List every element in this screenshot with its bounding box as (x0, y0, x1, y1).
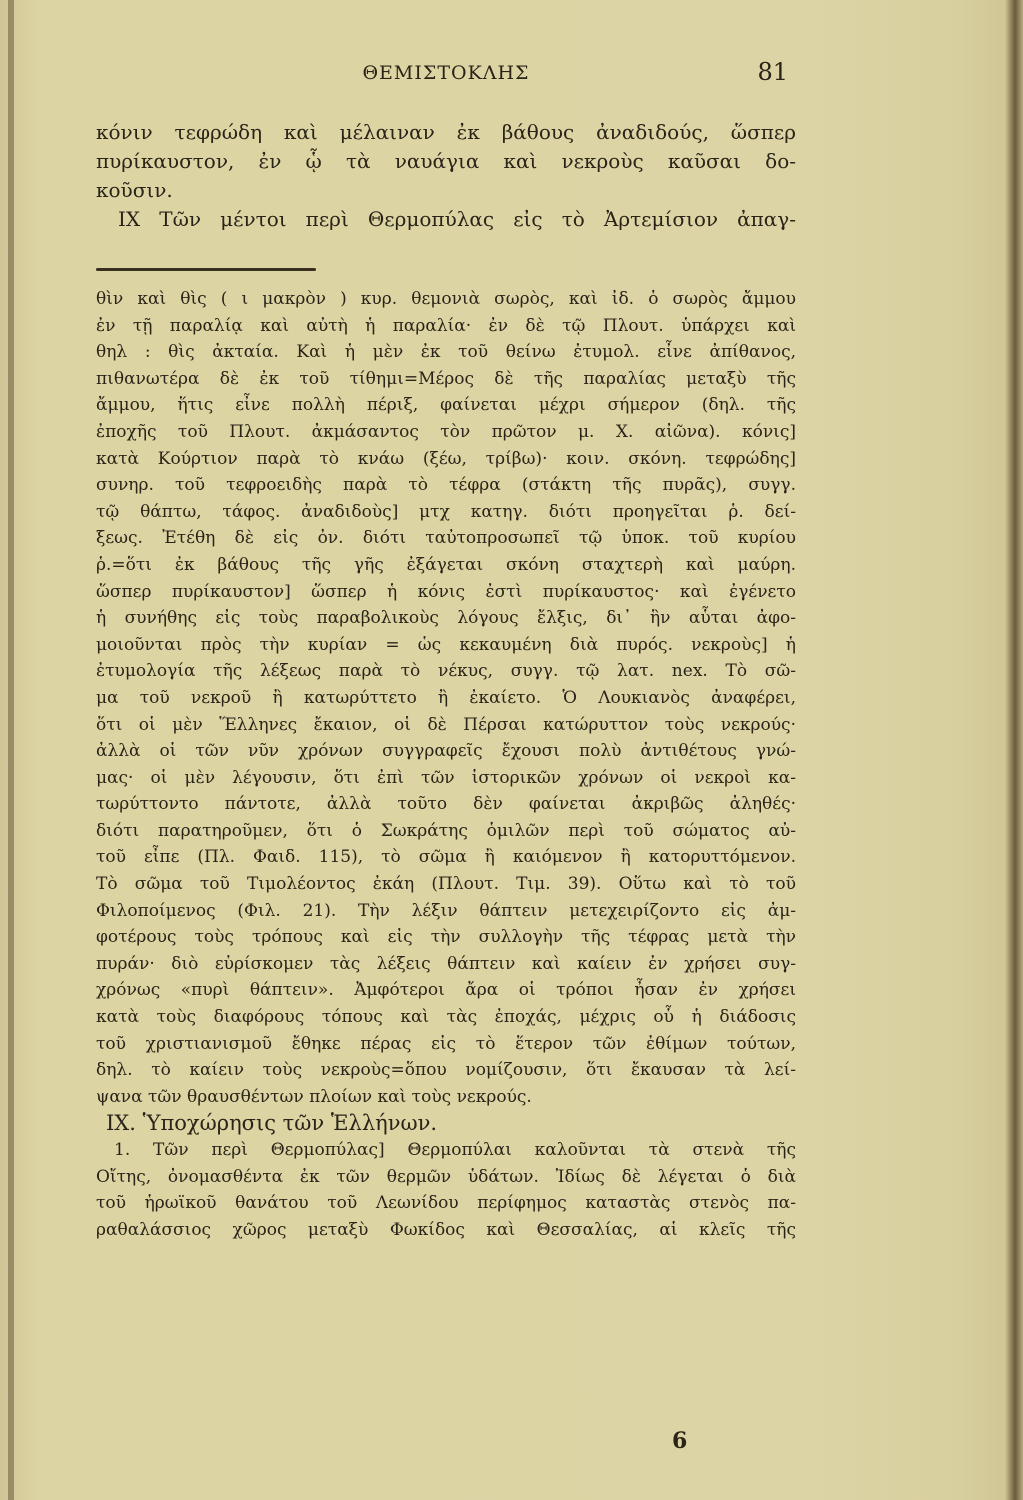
note-line: τωρύττοντο πάντοτε, ἀλλὰ τοῦτο δὲν φαίνε… (96, 791, 796, 818)
page-binding-edge (8, 0, 14, 1500)
note-line: δηλ. τὸ καίειν τοὺς νεκροὺς=ὅπου νομίζου… (96, 1057, 796, 1084)
note-line: πιθανωτέρα δὲ ἐκ τοῦ τίθημι=Μέρος δὲ τῆς… (96, 366, 796, 393)
note-line: μοιοῦνται πρὸς τὴν κυρίαν = ὡς κεκαυμένη… (96, 632, 796, 659)
commentary-notes: θὶν καὶ θὶς ( ι μακρὸν ) κυρ. θεμονιὰ σω… (96, 286, 796, 1243)
note-line: ραθαλάσσιος χῶρος μεταξὺ Φωκίδος καὶ Θεσ… (96, 1217, 796, 1244)
note-line: πυράν· διὸ εὑρίσκομεν τὰς λέξεις θάπτειν… (96, 951, 796, 978)
note-line: Οἴτης, ὀνομασθέντα ἐκ τῶν θερμῶν ὑδάτων.… (96, 1164, 796, 1191)
section-heading: IX. Ὑποχώρησις τῶν Ἑλλήνων. (96, 1110, 796, 1137)
note-line: ψανα τῶν θραυσθέντων πλοίων καὶ τοὺς νεκ… (96, 1084, 796, 1111)
scanned-page: ΘΕΜΙΣΤΟΚΛΗΣ 81 κόνιν τεφρώδη καὶ μέλαινα… (0, 0, 1023, 1500)
note-line: τοῦ χριστιανισμοῦ ἔθηκε πέρας εἰς τὸ ἕτε… (96, 1031, 796, 1058)
note-line: ἐν τῇ παραλίᾳ καὶ αὐτὴ ἡ παραλία· ἐν δὲ … (96, 313, 796, 340)
note-line: κατὰ Κούρτιον παρὰ τὸ κνάω (ξέω, τρίβω)·… (96, 446, 796, 473)
text-line: πυρίκαυστον, ἐν ᾧ τὰ ναυάγια καὶ νεκροὺς… (96, 147, 796, 176)
text-line: κοῦσιν. (96, 176, 796, 205)
note-line: συνηρ. τοῦ τεφροειδὴς παρὰ τὸ τέφρα (στά… (96, 472, 796, 499)
note-line: διότι παρατηροῦμεν, ὅτι ὁ Σωκράτης ὁμιλῶ… (96, 818, 796, 845)
text-line: κόνιν τεφρώδη καὶ μέλαιναν ἐκ βάθους ἀνα… (96, 118, 796, 147)
note-line: τοῦ εἶπε (Πλ. Φαιδ. 115), τὸ σῶμα ἢ καιό… (96, 844, 796, 871)
note-line: Φιλοποίμενος (Φιλ. 21). Τὴν λέξιν θάπτει… (96, 898, 796, 925)
note-line: ῥ.=ὅτι ἐκ βάθους τῆς γῆς ἐξάγεται σκόνη … (96, 552, 796, 579)
note-line: ξεως. Ἐτέθη δὲ εἰς ὀν. διότι ταὐτοπροσωπ… (96, 525, 796, 552)
note-line: φοτέρους τοὺς τρόπους καὶ εἰς τὴν συλλογ… (96, 924, 796, 951)
note-line: μα τοῦ νεκροῦ ἢ κατωρύττετο ἢ ἐκαίετο. Ὁ… (96, 685, 796, 712)
note-line: ἐποχῆς τοῦ Πλουτ. ἀκμάσαντος τὸν πρῶτον … (96, 419, 796, 446)
note-line: τοῦ ἡρωϊκοῦ θανάτου τοῦ Λεωνίδου περίφημ… (96, 1190, 796, 1217)
note-line: ἡ συνήθης εἰς τοὺς παραβολικοὺς λόγους ἔ… (96, 605, 796, 632)
note-line: ὅτι οἱ μὲν Ἕλληνες ἔκαιον, οἱ δὲ Πέρσαι … (96, 712, 796, 739)
note-line: ἀλλὰ οἱ τῶν νῦν χρόνων συγγραφεῖς ἔχουσι… (96, 738, 796, 765)
running-title: ΘΕΜΙΣΤΟΚΛΗΣ (96, 62, 796, 84)
note-line: 1. Τῶν περὶ Θερμοπύλας] Θερμοπύλαι καλοῦ… (96, 1137, 796, 1164)
note-line: χρόνως «πυρὶ θάπτειν». Ἀμφότεροι ἄρα οἱ … (96, 977, 796, 1004)
page-header: ΘΕΜΙΣΤΟΚΛΗΣ 81 (96, 58, 796, 90)
note-line: ὥσπερ πυρίκαυστον] ὥσπερ ἡ κόνις ἐστὶ πυ… (96, 579, 796, 606)
signature-mark: 6 (672, 1428, 687, 1454)
note-line: θηλ : θὶς ἀκταία. Καὶ ἡ μὲν ἐκ τοῦ θείνω… (96, 339, 796, 366)
note-line: ἄμμου, ἥτις εἶνε πολλὴ πέριξ, φαίνεται μ… (96, 392, 796, 419)
main-text: κόνιν τεφρώδη καὶ μέλαιναν ἐκ βάθους ἀνα… (96, 118, 796, 234)
note-line: μας· οἱ μὲν λέγουσιν, ὅτι ἐπὶ τῶν ἱστορι… (96, 765, 796, 792)
page-number: 81 (757, 58, 788, 86)
text-line: IX Τῶν μέντοι περὶ Θερμοπύλας εἰς τὸ Ἀρτ… (96, 205, 796, 234)
note-line: Τὸ σῶμα τοῦ Τιμολέοντος ἐκάη (Πλουτ. Τιμ… (96, 871, 796, 898)
note-line: θὶν καὶ θὶς ( ι μακρὸν ) κυρ. θεμονιὰ σω… (96, 286, 796, 313)
note-line: κατὰ τοὺς διαφόρους τόπους καὶ τὰς ἐποχά… (96, 1004, 796, 1031)
footnote-separator (96, 268, 316, 271)
note-line: ἐτυμολογία τῆς λέξεως παρὰ τὸ νέκυς, συγ… (96, 658, 796, 685)
note-line: τῷ θάπτω, τάφος. ἀναδιδοὺς] μτχ κατηγ. δ… (96, 499, 796, 526)
